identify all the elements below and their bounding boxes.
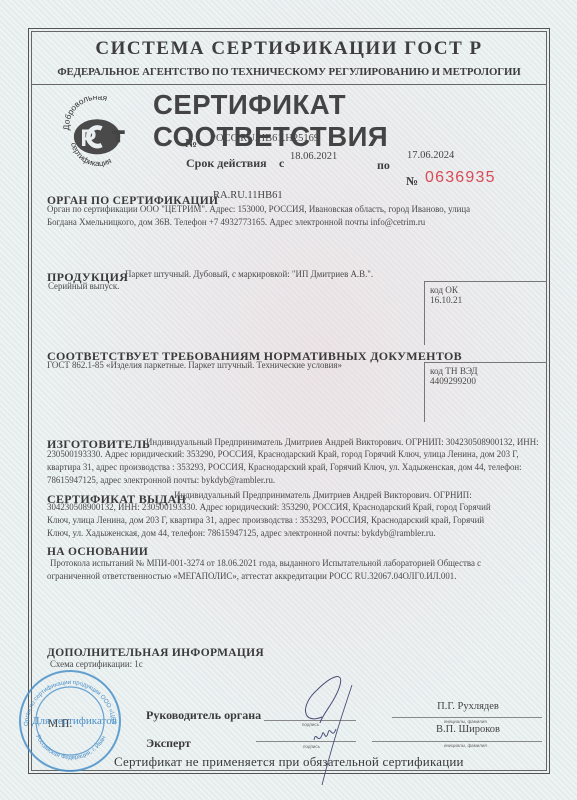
issued-to-line-2: 304230508900132, ИНН: 230500193330. Адре… xyxy=(47,501,491,514)
head-of-body-label: Руководитель органа xyxy=(146,708,261,723)
validity-from-label: с xyxy=(279,156,284,171)
manufacturer-line-4: 78615947125, адрес электронной почты: by… xyxy=(47,474,275,487)
issued-to-line-3: Ключ, улица Ленина, дом 203 Г, квартира … xyxy=(47,514,484,527)
certification-body-line-1: Орган по сертификации ООО "ЦЕТРИМ". Адре… xyxy=(47,203,470,216)
expert-name: В.П. Широков xyxy=(398,724,538,735)
blank-number-sign: № xyxy=(406,174,418,189)
certification-body-code: RA.RU.11НВ61 xyxy=(213,190,283,201)
validity-from-date: 18.06.2021 xyxy=(290,151,337,162)
product-line-1: Паркет штучный. Дубовый, с маркировкой: … xyxy=(125,268,373,281)
basis-line-2: ограниченной ответственностью «МЕГАПОЛИС… xyxy=(47,570,456,583)
tnved-code-box: код ТН ВЭД 4409299200 xyxy=(424,362,547,422)
manufacturer-line-2: 230500193330. Адрес юридический: 353290,… xyxy=(47,448,519,461)
expert-label: Эксперт xyxy=(146,736,191,751)
head-name: П.Г. Рухлядев xyxy=(398,701,538,712)
head-name-line xyxy=(392,717,542,718)
issued-to-line-4: Ключ, ул. Хадыженская, дом 44, телефон: … xyxy=(47,527,436,540)
validity-to-date: 17.06.2024 xyxy=(407,150,454,161)
manufacturer-line-1: Индивидуальный Предприниматель Дмитриев … xyxy=(146,436,539,449)
system-title: СИСТЕМА СЕРТИФИКАЦИИ ГОСТ Р xyxy=(31,38,547,60)
handwritten-signature-icon xyxy=(292,665,372,795)
okp-code-value: 16.10.21 xyxy=(425,295,547,305)
product-line-2: Серийный выпуск. xyxy=(48,280,119,293)
expert-initials-caption: инициалы, фамилия xyxy=(444,743,487,748)
certification-body-line-2: Богдана Хмельницкого, дом 36В. Телефон +… xyxy=(47,216,425,229)
validity-label: Срок действия xyxy=(186,156,267,171)
validity-to-label: по xyxy=(377,158,390,173)
issued-to-line-1: Индивидуальный Предприниматель Дмитриев … xyxy=(174,489,472,502)
number-sign: № xyxy=(185,136,197,151)
okp-code-label: код ОК xyxy=(425,282,547,295)
rst-logo-icon: Добровольная P сертификация xyxy=(60,96,134,172)
manufacturer-line-3: квартира 31, адрес производства : 353293… xyxy=(47,461,522,474)
header-divider xyxy=(31,84,547,85)
okp-code-box: код ОК 16.10.21 xyxy=(424,281,547,345)
basis-line-1: Протокола испытаний № МПИ-001-3274 от 18… xyxy=(50,557,481,570)
compliance-line-1: ГОСТ 862.1-85 «Изделия паркетные. Паркет… xyxy=(47,359,342,372)
svg-text:Для сертификатов: Для сертификатов xyxy=(32,715,117,727)
certificate-number: РОСС RU.НВ61.Н25169 xyxy=(210,133,319,144)
tnved-code-value: 4409299200 xyxy=(425,376,547,386)
tnved-code-label: код ТН ВЭД xyxy=(425,363,547,376)
agency-name: ФЕДЕРАЛЬНОЕ АГЕНТСТВО ПО ТЕХНИЧЕСКОМУ РЕ… xyxy=(31,66,547,78)
expert-name-line xyxy=(372,741,542,742)
voluntary-certification-note: Сертификат не применяется при обязательн… xyxy=(114,754,464,770)
stamp-label: М.П. xyxy=(48,718,72,730)
blank-number: 0636935 xyxy=(425,169,496,187)
